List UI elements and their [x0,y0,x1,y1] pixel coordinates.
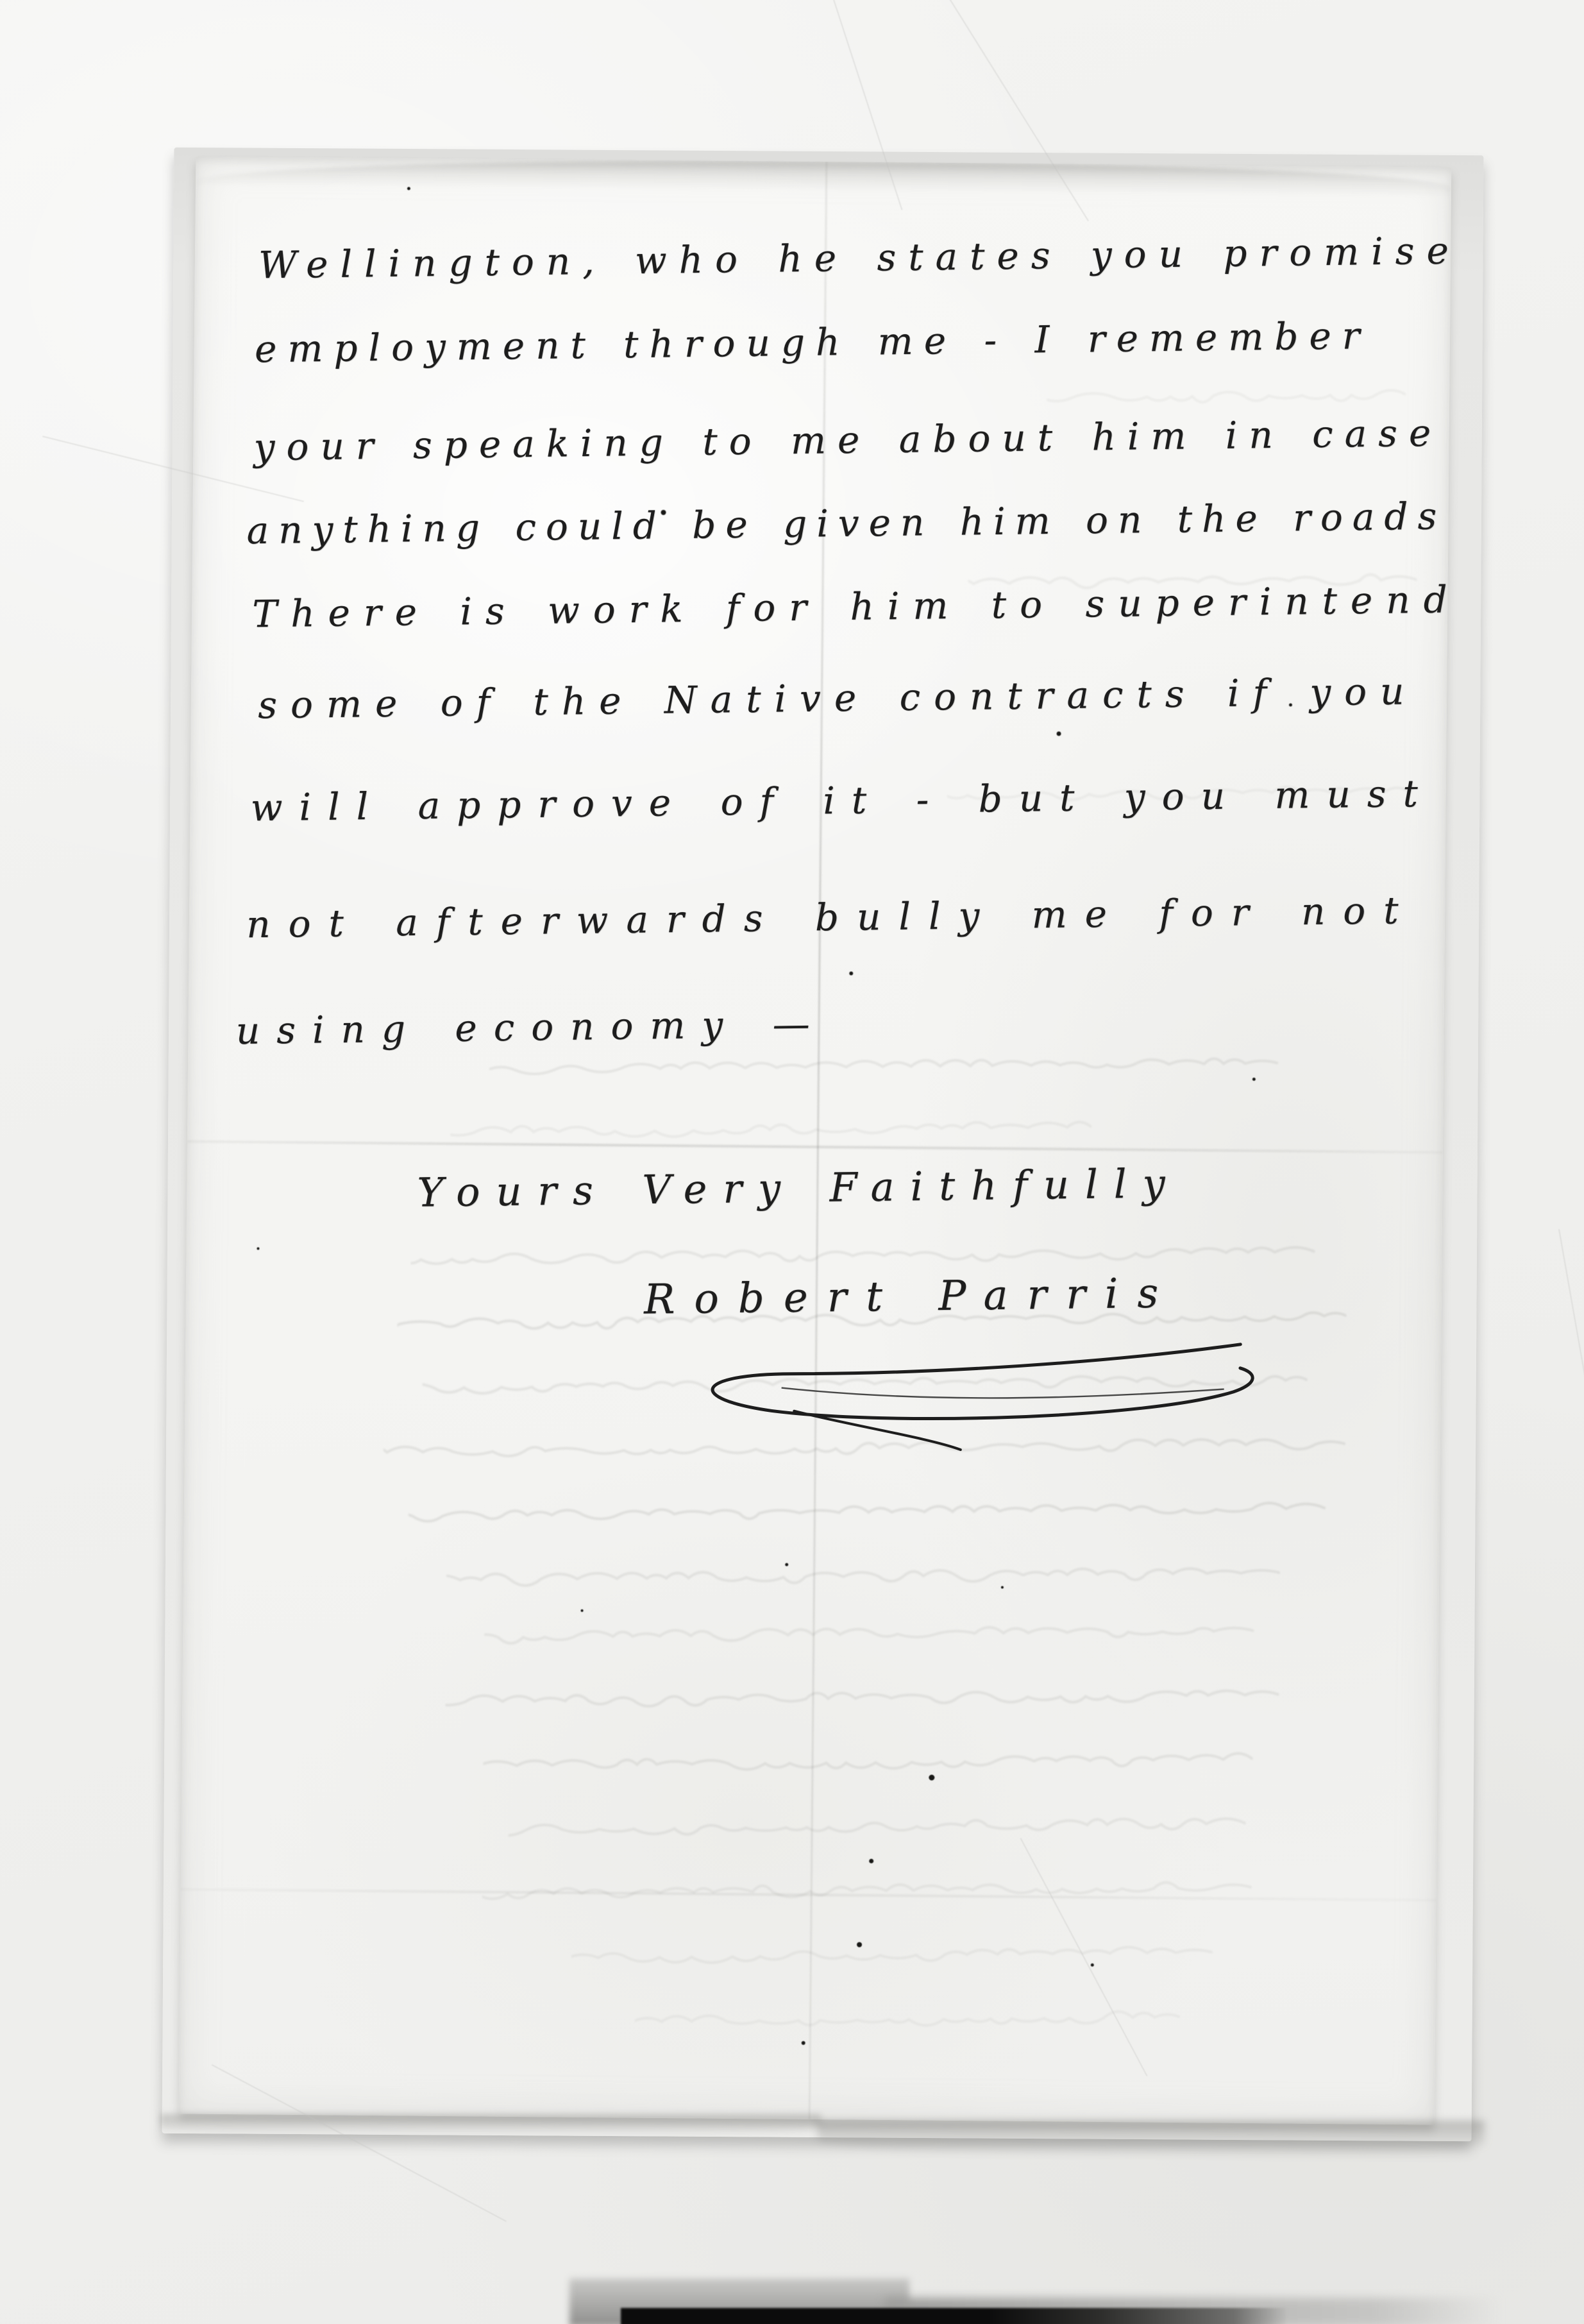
bleed-through-ghost-line [410,1233,1315,1279]
ink-speck [661,510,666,515]
scan-canvas: Wellington, who he states you promised e… [0,0,1584,2324]
ink-speck [407,187,410,190]
ink-speck [929,1775,934,1781]
ink-speck [581,1609,584,1612]
ink-speck [1057,731,1061,736]
handwritten-line: There is work for him to superintend [252,581,1451,632]
ink-speck [257,1247,259,1250]
signature-name: Robert Parris [644,1273,1178,1321]
bleed-through-ghost-line [508,1804,1245,1849]
paper-bottom-shadow [818,2121,1485,2154]
closing-line: Yours Very Faithfully [417,1164,1181,1213]
ink-speck [1001,1586,1004,1589]
ink-speck [785,1563,788,1566]
ink-speck [849,971,853,975]
handwritten-line: will approve of it - but you must [251,775,1435,827]
ink-speck [869,1859,873,1863]
scanner-scratch [1558,1229,1584,1659]
handwritten-line: Wellington, who he states you promised [258,232,1451,284]
ink-speck [1091,1964,1094,1967]
bleed-through-ghost-line [635,1998,1180,2041]
handwritten-line: some of the Native contracts if you [258,672,1418,724]
ink-speck [1252,1078,1256,1081]
bleed-through-ghost-line [450,1108,1091,1152]
handwritten-line: your speaking to me about him in case [253,414,1442,466]
ink-speck [802,2041,805,2045]
bleed-through-ghost-line [571,1933,1213,1978]
handwritten-line: anything could be given him on the roads… [246,496,1451,549]
ink-speck [857,1942,862,1947]
bleed-through-ghost-line [1047,375,1406,417]
bleed-through-ghost-line [489,1044,1278,1090]
bleed-through-ghost-line [409,1489,1326,1535]
handwritten-line: employment through me - I remember [255,317,1371,368]
bleed-through-ghost-line [483,1740,1252,1785]
bleed-through-ghost-line [446,1554,1280,1599]
adjacent-document-edge [621,2308,1288,2324]
handwritten-line: not afterwards bully me for not [246,892,1417,943]
bleed-through-ghost-line [482,1869,1252,1913]
letter-paper: Wellington, who he states you promised e… [179,157,1452,2125]
bleed-through-ghost-line [445,1675,1279,1721]
handwritten-line: using economy — [235,1005,826,1049]
paper-bottom-shadow [160,2114,821,2136]
ink-speck [1289,703,1292,706]
signature-flourish [659,1328,1276,1455]
bleed-through-ghost-line [484,1612,1254,1657]
